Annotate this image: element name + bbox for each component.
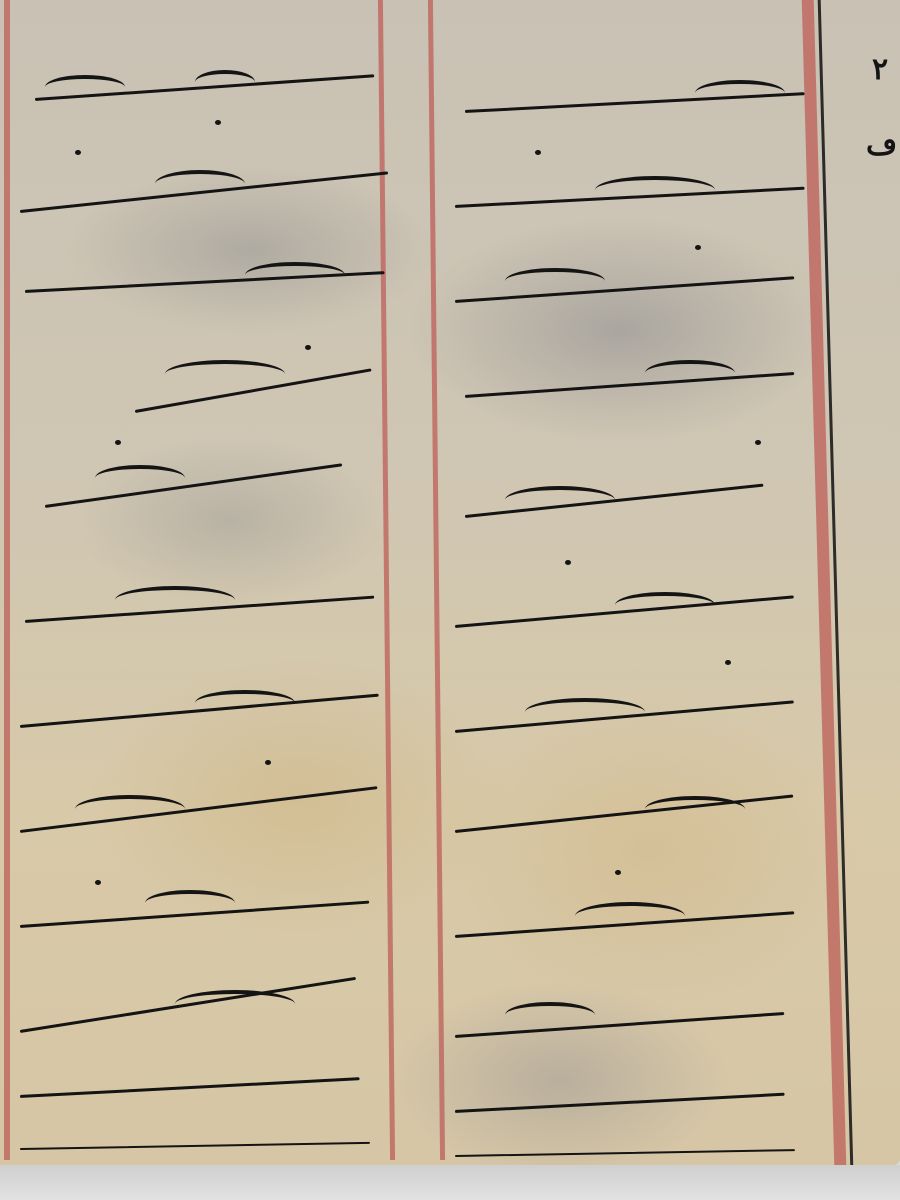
text-line: [455, 1149, 795, 1157]
margin-note-top: ٢: [872, 55, 888, 85]
text-line: [465, 372, 794, 398]
margin-note-bottom: ڡ: [866, 130, 897, 160]
text-column-left: [15, 0, 380, 1160]
text-line: [145, 890, 235, 916]
background-surface: [0, 1165, 900, 1200]
text-line: [645, 360, 735, 386]
text-line: [45, 75, 125, 99]
text-line: [165, 360, 285, 388]
left-border-rule: [4, 0, 10, 1160]
text-line: [575, 902, 685, 930]
text-line: [20, 786, 378, 833]
text-line: [115, 586, 235, 614]
text-line: [455, 1093, 785, 1113]
text-line: [155, 170, 245, 198]
text-line: [175, 990, 295, 1018]
text-line: [195, 70, 255, 94]
text-line: [20, 1142, 370, 1150]
text-line: [20, 1077, 360, 1098]
text-column-right: [445, 0, 815, 1160]
text-line: [505, 486, 615, 514]
column-divider-right: [428, 0, 445, 1160]
manuscript-page: ٢ ڡ: [0, 0, 900, 1165]
text-line: [195, 690, 295, 716]
text-line: [695, 80, 785, 106]
text-line: [645, 796, 745, 822]
text-line: [595, 176, 715, 204]
text-line: [45, 463, 342, 508]
text-line: [505, 268, 605, 294]
text-line: [245, 262, 345, 288]
text-line: [505, 1002, 595, 1028]
text-line: [525, 698, 645, 726]
text-line: [615, 592, 715, 618]
text-line: [75, 795, 185, 823]
text-line: [95, 465, 185, 491]
